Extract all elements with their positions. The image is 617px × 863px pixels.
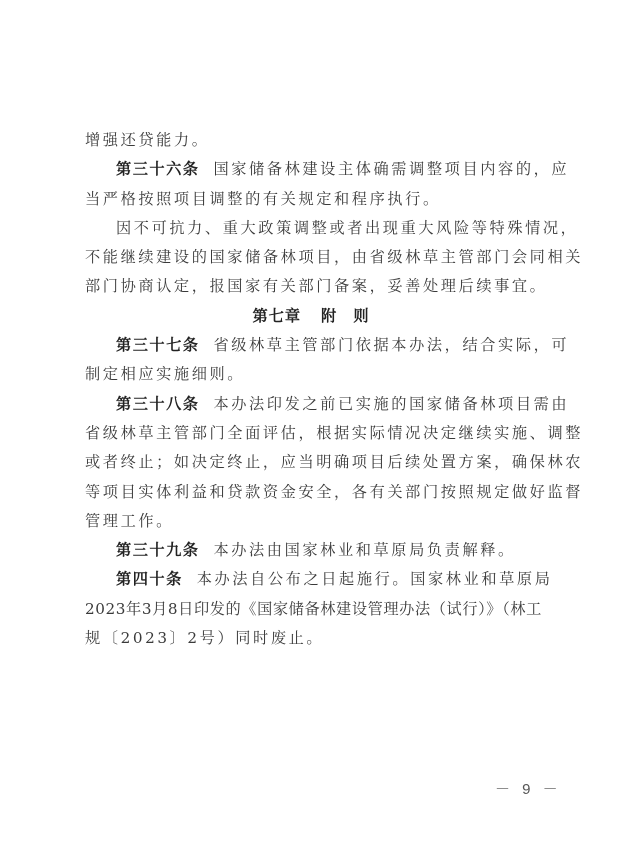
article-text: 省级林草主管部门依据本办法，结合实际，可 <box>213 336 569 354</box>
text-line: 当严格按照项目调整的有关规定和程序执行。 <box>85 185 537 214</box>
text-line: 等项目实体利益和贷款资金安全，各有关部门按照规定做好监督 <box>85 478 537 507</box>
text-line: 制定相应实施细则。 <box>85 360 537 389</box>
chapter-number: 第七章 <box>252 307 301 325</box>
text-line: 规〔2023〕2号）同时废止。 <box>85 624 537 653</box>
article-text: 本办法由国家林业和草原局负责解释。 <box>213 541 515 559</box>
text-line: 部门协商认定，报国家有关部门备案，妥善处理后续事宜。 <box>85 272 537 301</box>
article-text: 本办法印发之前已实施的国家储备林项目需由 <box>213 395 569 413</box>
text-line: 或者终止；如决定终止，应当明确项目后续处置方案，确保林农 <box>85 448 537 477</box>
article-40: 第四十条本办法自公布之日起施行。国家林业和草原局 <box>85 565 537 594</box>
article-heading: 第四十条 <box>116 570 183 588</box>
article-heading: 第三十七条 <box>116 336 199 354</box>
article-36: 第三十六条国家储备林建设主体确需调整项目内容的，应 <box>85 155 537 184</box>
text-line: 管理工作。 <box>85 507 537 536</box>
article-heading: 第三十六条 <box>116 160 199 178</box>
article-heading: 第三十九条 <box>116 541 199 559</box>
article-text: 本办法自公布之日起施行。国家林业和草原局 <box>197 570 553 588</box>
page-number: － 9 － <box>495 778 562 799</box>
text-line: 2023年3月8日印发的《国家储备林建设管理办法（试行）》（林工 <box>85 595 537 624</box>
chapter-title: 附 则 <box>321 307 370 325</box>
text-line: 因不可抗力、重大政策调整或者出现重大风险等特殊情况， <box>85 214 537 243</box>
text-line: 增强还贷能力。 <box>85 126 537 155</box>
article-heading: 第三十八条 <box>116 395 199 413</box>
article-37: 第三十七条省级林草主管部门依据本办法，结合实际，可 <box>85 331 537 360</box>
text-line: 不能继续建设的国家储备林项目，由省级林草主管部门会同相关 <box>85 243 537 272</box>
article-text: 国家储备林建设主体确需调整项目内容的，应 <box>213 160 569 178</box>
text-line: 省级林草主管部门全面评估，根据实际情况决定继续实施、调整 <box>85 419 537 448</box>
document-page: 增强还贷能力。 第三十六条国家储备林建设主体确需调整项目内容的，应 当严格按照项… <box>85 126 537 653</box>
article-39: 第三十九条本办法由国家林业和草原局负责解释。 <box>85 536 537 565</box>
article-38: 第三十八条本办法印发之前已实施的国家储备林项目需由 <box>85 390 537 419</box>
chapter-heading: 第七章附 则 <box>85 302 537 331</box>
